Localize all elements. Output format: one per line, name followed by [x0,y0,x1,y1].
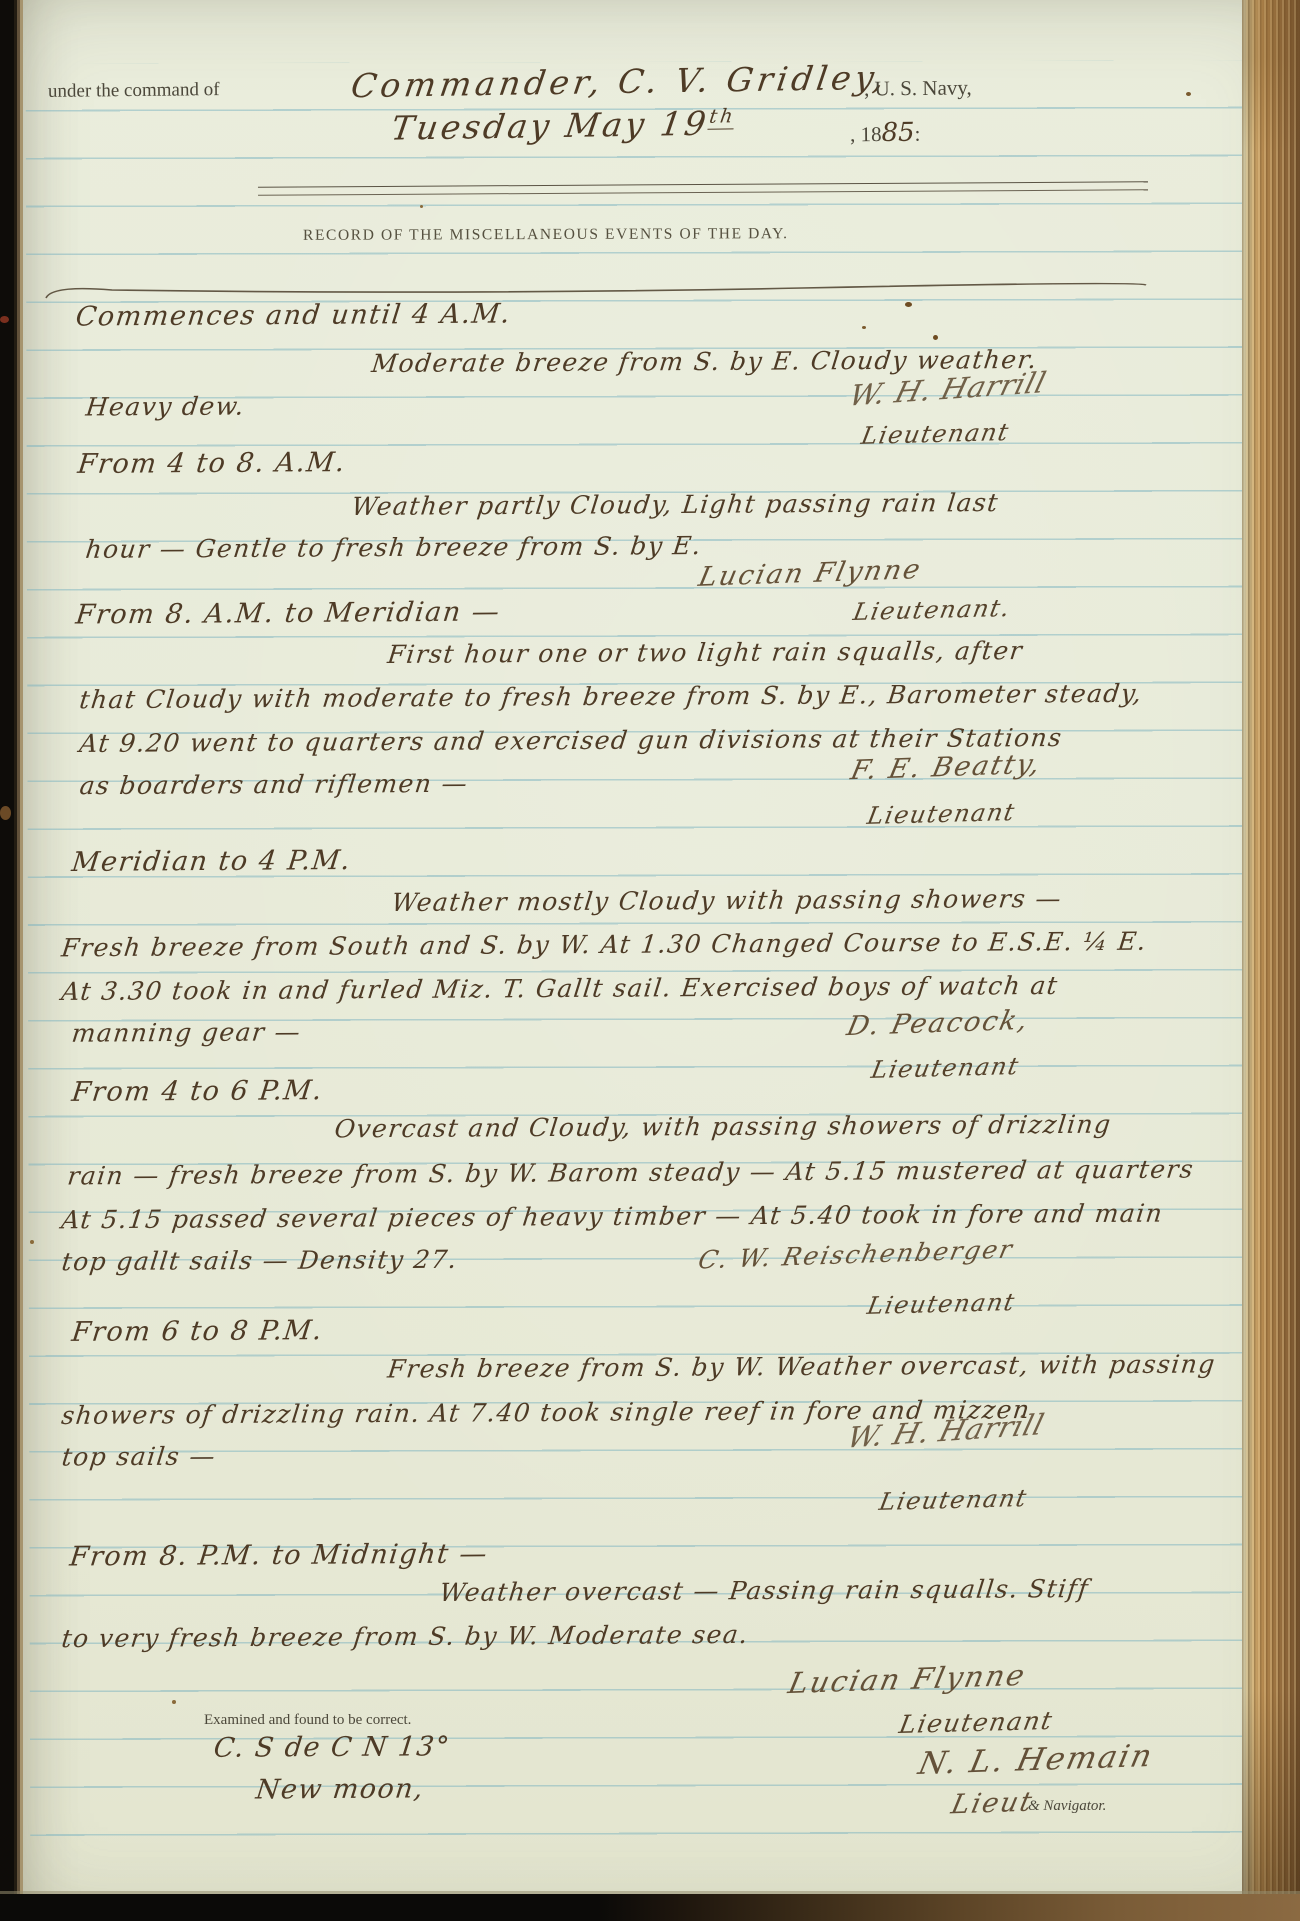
entry-line: Weather overcast — Passing rain squalls.… [438,1574,1090,1607]
signature-title: Lieutenant [865,1288,1018,1320]
entry-line: Weather partly Cloudy, Light passing rai… [350,488,1000,521]
age-spot [172,1700,176,1704]
entry-line: Weather mostly Cloudy with passing showe… [390,884,1064,917]
date-ordinal: th [708,104,738,129]
date-handwritten: Tuesday May 19th [389,103,738,147]
signature-title: Lieutenant [865,798,1018,830]
entry-heading: From 8. A.M. to Meridian — [74,597,502,631]
age-spot [30,1240,34,1244]
year-colon: : [914,122,920,146]
year-printed-prefix: , 18 [850,122,882,146]
section-title: RECORD OF THE MISCELLANEOUS EVENTS OF TH… [303,225,789,245]
signature: D. Peacock, [844,1005,1032,1042]
edge-stain [0,806,11,820]
age-spot [1186,92,1191,96]
year-line: , 1885: [850,118,921,149]
ink-spot [905,302,912,307]
entry-heading: From 4 to 8. A.M. [76,447,348,480]
navigator-rank-handwritten: Lieut [948,1787,1036,1821]
year-handwritten: 85 [881,118,914,148]
entry-heading: From 4 to 6 P.M. [70,1075,325,1108]
entry-line: top gallt sails — Density 27. [60,1245,459,1276]
book-binding-edge [0,0,27,1921]
preprinted-us-navy: , U. S. Navy, [864,75,972,101]
age-spot [420,205,423,208]
signature-title: Lieutenant [877,1484,1030,1516]
entry-line: top sails — [60,1442,217,1472]
footer-note-line: New moon, [254,1773,426,1805]
entry-line: hour — Gentle to fresh breeze from S. by… [84,531,703,564]
signature-title: Lieutenant [869,1052,1022,1084]
entry-line: Fresh breeze from S. by W. Weather overc… [386,1349,1218,1383]
examined-correct-printed: Examined and found to be correct. [204,1712,411,1729]
entry-line: First hour one or two light rain squalls… [386,636,1025,669]
signature-title: Lieutenant. [851,594,1013,626]
bottom-book-edge [0,1894,1300,1921]
entry-line: At 3.30 took in and furled Miz. T. Gallt… [60,971,1060,1006]
entry-line: manning gear — [70,1017,303,1047]
signature-title: Lieutenant [859,418,1012,450]
preprinted-under-command: under the command of [48,79,220,103]
entry-heading: Meridian to 4 P.M. [70,845,353,878]
entry-line: to very fresh breeze from S. by W. Moder… [60,1620,750,1653]
signature-title: Lieutenant [897,1706,1056,1739]
navigator-printed: & Navigator. [1028,1798,1106,1815]
entry-line: Overcast and Cloudy, with passing shower… [333,1110,1113,1144]
page-fore-edge [1242,0,1300,1921]
edge-stain [0,316,9,323]
ruled-lines [26,60,1249,1879]
entry-line: as boarders and riflemen — [78,769,470,800]
ink-spot [933,335,938,340]
entry-line: Heavy dew. [84,392,246,422]
entry-heading: Commences and until 4 A.M. [74,298,513,332]
footer-note-line: C. S de C N 13° [212,1731,452,1763]
hand-drawn-divider [42,282,1152,302]
logbook-page: under the command of Commander, C. V. Gr… [0,0,1300,1921]
entry-heading: From 6 to 8 P.M. [70,1315,325,1348]
entry-heading: From 8. P.M. to Midnight — [68,1539,490,1573]
date-text: Tuesday May 19 [389,104,712,148]
ink-spot [862,326,866,329]
